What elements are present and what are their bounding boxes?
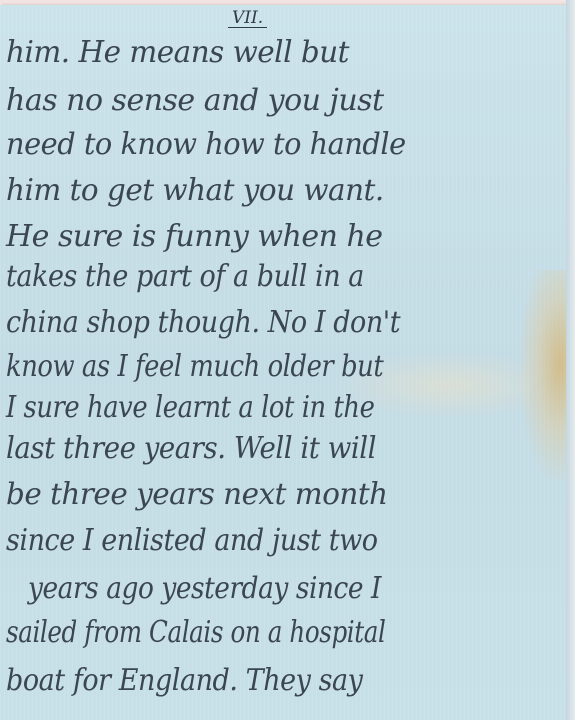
text-line-10: last three years. Well it will	[6, 431, 376, 466]
text-line-2: has no sense and you just	[6, 83, 384, 118]
text-line-6: takes the part of a bull in a	[6, 259, 364, 294]
page-edge	[566, 0, 575, 720]
text-line-11: be three years next month	[6, 477, 388, 512]
text-line-12: since I enlisted and just two	[6, 523, 378, 558]
text-line-3: need to know how to handle	[6, 127, 406, 162]
text-line-5: He sure is funny when he	[6, 219, 383, 254]
letter-page: VII. him. He means well but has no sense…	[0, 5, 566, 720]
text-line-4: him to get what you want.	[6, 173, 384, 208]
text-line-1: him. He means well but	[6, 35, 349, 70]
text-line-7: china shop though. No I don't	[6, 305, 400, 340]
text-line-14: sailed from Calais on a hospital	[6, 615, 385, 650]
text-line-8: know as I feel much older but	[6, 349, 383, 384]
text-line-13: years ago yesterday since I	[28, 571, 381, 606]
text-line-15: boat for England. They say	[6, 663, 362, 698]
page-number: VII.	[228, 9, 267, 28]
text-line-9: I sure have learnt a lot in the	[6, 390, 374, 425]
